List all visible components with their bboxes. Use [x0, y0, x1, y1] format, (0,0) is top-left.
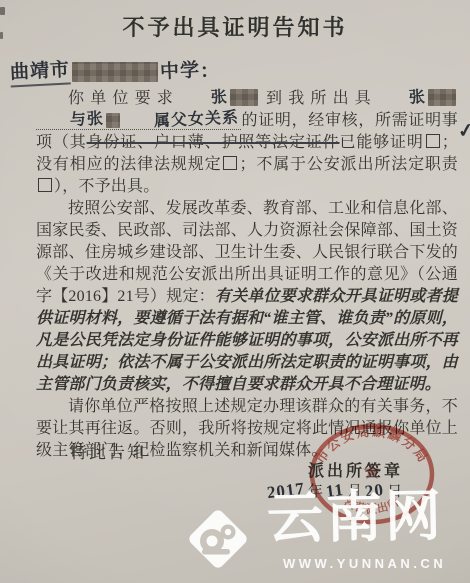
handwritten-blank: 与张属父女关系 — [36, 112, 241, 130]
printed-text: 已能够证明 — [339, 134, 423, 151]
handwritten-day: 20 — [364, 480, 385, 502]
document-photo: 不予出具证明告知书 曲靖市中学： 你单位要求张到我所出具张与张属父女关系的证明，… — [0, 0, 470, 583]
redaction-mosaic — [72, 62, 158, 82]
page-title: 不予出具证明告知书 — [36, 11, 434, 42]
seal-signature-label: 派出所签章 — [308, 458, 403, 481]
checkbox-can-prove-checked: ✓ — [426, 134, 440, 148]
paragraph-request: 你单位要求张到我所出具张与张属父女关系的证明，经审核，所需证明事项（其身份证、户… — [36, 88, 458, 198]
struck-through-text: 身份证、户口薄、护照等法定证件 — [87, 134, 340, 151]
handwritten-relation: 与张 — [38, 109, 105, 134]
watermark-site-url: WWW.YUNNAN.CN — [283, 556, 446, 571]
paragraph-policy: 按照公安部、发展改革委、教育部、工业和信息化部、国家民委、民政部、司法部、人力资… — [36, 198, 458, 396]
handwritten-name: 张 — [377, 87, 427, 111]
day-unit: 日 — [387, 484, 402, 500]
notice-body: 不予出具证明告知书 曲靖市中学： 你单位要求张到我所出具张与张属父女关系的证明，… — [0, 0, 470, 462]
redaction-mosaic — [106, 113, 120, 128]
closing-line: 特此告知 — [70, 438, 146, 463]
printed-text: ），不予出具。 — [54, 178, 159, 195]
date-line: 2017年11月20日 — [266, 480, 404, 501]
handwritten-relation: 属父女关系 — [122, 107, 240, 134]
redaction-mosaic — [230, 89, 258, 106]
printed-text: 你单位要求 — [68, 90, 179, 107]
checkbox-no-legal-basis — [223, 156, 237, 170]
printed-text: 到我所出具 — [260, 90, 377, 107]
year-unit: 年 — [308, 484, 323, 500]
handwritten-year: 2017 — [266, 479, 306, 503]
handwritten-city: 曲靖市 — [9, 54, 71, 87]
month-unit: 月 — [347, 484, 362, 500]
handwritten-colon: ： — [199, 55, 220, 83]
salutation-line: 曲靖市中学： — [10, 56, 458, 84]
yunnan-cloud-logo-icon — [181, 502, 255, 576]
handwritten-school: 中学 — [159, 55, 200, 84]
checkbox-not-police-duty — [38, 178, 52, 192]
handwritten-month: 11 — [325, 480, 345, 502]
redaction-mosaic — [428, 89, 456, 106]
printed-text: ；不属于公安派出所法定职责 — [239, 156, 458, 173]
